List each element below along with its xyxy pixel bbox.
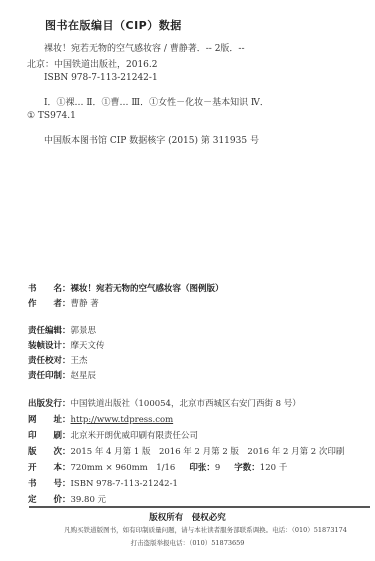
book-title-row: 书 名： 裸妆！宛若无物的空气感妆容（图例版） <box>28 282 224 294</box>
staff-row-designer: 装帧设计： 摩天文传 <box>28 339 105 351</box>
cip-title-line: 裸妆！宛若无物的空气感妆容 / 曹静著．-- 2版．-- <box>44 41 245 54</box>
copyright-notice: 凡购买铁道版图书，如有印制质量问题，请与本社读者服务部联系调换。电话：（010）… <box>0 525 375 534</box>
designer-value: 摩天文传 <box>71 339 105 351</box>
format-row: 开 本： 720mm × 960mm 1/16 印张： 9 字数： 120 千 <box>28 461 287 473</box>
sheets-value: 9 <box>215 463 220 473</box>
words-value: 120 千 <box>260 461 287 473</box>
publisher-row: 出版发行： 中国铁道出版社（100054，北京市西城区右安门西街 8 号） <box>28 397 301 409</box>
proofreader-value: 王杰 <box>71 354 88 366</box>
printer-label: 印 刷： <box>28 429 71 441</box>
staff-row-editor: 责任编辑： 郭景思 <box>28 324 96 336</box>
author-row: 作 者： 曹静 著 <box>28 297 99 309</box>
edition-value: 2015 年 4 月第 1 版 2016 年 2 月第 2 版 2016 年 2… <box>71 445 345 457</box>
cip-heading: 图书在版编目（CIP）数据 <box>45 17 182 33</box>
author-label: 作 者： <box>28 297 71 309</box>
price-value: 39.80 元 <box>71 493 107 505</box>
author-value: 曹静 著 <box>71 297 99 309</box>
designer-label: 装帧设计： <box>28 339 71 351</box>
proofreader-label: 责任校对： <box>28 354 71 366</box>
copyright-title: 版权所有 侵权必究 <box>0 511 375 523</box>
edition-row: 版 次： 2015 年 4 月第 1 版 2016 年 2 月第 2 版 201… <box>28 445 344 457</box>
website-row: 网 址： http://www.tdpress.com <box>28 413 173 425</box>
cip-isbn-line: ISBN 978-7-113-21242-1 <box>44 73 158 83</box>
website-label: 网 址： <box>28 413 71 425</box>
words-label: 字数： <box>234 461 260 473</box>
isbn-value: ISBN 978-7-113-21242-1 <box>71 479 178 489</box>
printer-value: 北京米开朗优威印刷有限责任公司 <box>71 429 199 441</box>
publisher-value: 中国铁道出版社（100054，北京市西城区右安门西街 8 号） <box>71 397 301 409</box>
price-row: 定 价： 39.80 元 <box>28 493 106 505</box>
printing-value: 赵星辰 <box>71 369 97 381</box>
publisher-label: 出版发行： <box>28 397 71 409</box>
cip-publisher-line: 北京：中国铁道出版社，2016.2 <box>27 57 158 70</box>
sheets-label: 印张： <box>189 461 215 473</box>
editor-label: 责任编辑： <box>28 324 71 336</box>
cip-classification-line: Ⅰ．①裸… Ⅱ．①曹… Ⅲ．①女性－化妆－基本知识 Ⅳ． <box>44 95 269 108</box>
printing-label: 责任印制： <box>28 369 71 381</box>
staff-row-printing: 责任印制： 赵星辰 <box>28 369 96 381</box>
isbn-label: 书 号： <box>28 477 71 489</box>
piracy-hotline: 打击盗版举报电话：（010）51873659 <box>0 538 375 547</box>
copyright-divider <box>29 506 370 508</box>
price-label: 定 价： <box>28 493 71 505</box>
isbn-row: 书 号： ISBN 978-7-113-21242-1 <box>28 477 178 489</box>
printer-row: 印 刷： 北京米开朗优威印刷有限责任公司 <box>28 429 198 441</box>
book-title-label: 书 名： <box>28 282 71 294</box>
edition-label: 版 次： <box>28 445 71 457</box>
cip-number: 中国版本图书馆 CIP 数据核字 (2015) 第 311935 号 <box>44 133 259 146</box>
editor-value: 郭景思 <box>71 324 97 336</box>
book-title-value: 裸妆！宛若无物的空气感妆容（图例版） <box>71 282 224 294</box>
website-link[interactable]: http://www.tdpress.com <box>71 415 174 425</box>
format-value: 720mm × 960mm 1/16 <box>71 461 176 473</box>
cip-classification-code: ① TS974.1 <box>27 111 76 121</box>
staff-row-proofreader: 责任校对： 王杰 <box>28 354 88 366</box>
format-label: 开 本： <box>28 461 71 473</box>
